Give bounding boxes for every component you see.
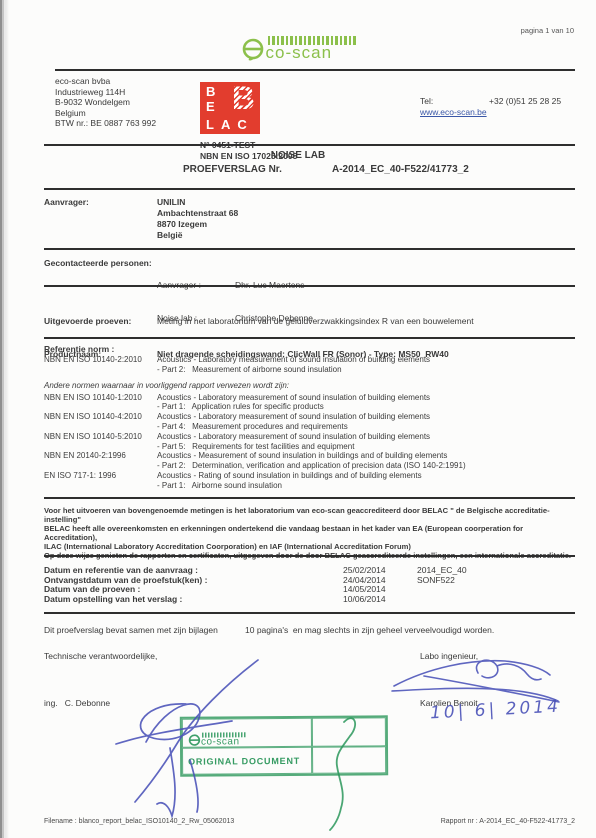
- stamp-logo-cell: co-scan: [182, 718, 312, 748]
- date-label: Datum opstelling van het verslag :: [44, 595, 343, 605]
- belac-big-b: B: [232, 80, 255, 117]
- norm-description: Acoustics - Measurement of sound insulat…: [157, 451, 575, 461]
- norms-section: Referentie norm : NBN EN ISO 10140-2:201…: [44, 344, 575, 491]
- tel-value: +32 (0)51 25 28 25: [489, 96, 561, 107]
- left-signer-role: Technische verantwoordelijke,: [44, 651, 157, 662]
- page-indicator: pagina 1 van 10: [521, 26, 574, 35]
- belac-letter-b: B: [206, 84, 215, 99]
- divider: [44, 612, 575, 614]
- belac-letters-lac: LAC: [206, 117, 254, 132]
- norm-part: - Part 2: Determination, verification an…: [157, 461, 575, 471]
- accreditation-line: BELAC heeft alle overeenkomsten en erken…: [44, 525, 575, 543]
- accreditation-statement: Voor het uitvoeren van bovengenoemde met…: [44, 507, 575, 560]
- divider: [44, 285, 575, 287]
- applicant-label: Aanvrager:: [44, 197, 157, 241]
- tests-value: Meting in het laboratorium van de geluid…: [157, 316, 575, 327]
- report-label: PROEFVERSLAG Nr.: [183, 164, 282, 175]
- footer-filename: Filename : blanco_report_belac_ISO10140_…: [44, 818, 234, 825]
- divider: [44, 188, 575, 190]
- scan-edge-artifact: [0, 0, 9, 838]
- right-signer-role: Labo ingenieur,: [420, 651, 478, 662]
- stamp-empty-cell: [312, 746, 386, 774]
- left-signer-name: ing. C. Debonne: [44, 698, 110, 709]
- date-ref: [417, 585, 575, 595]
- norm-row: NBN EN 20140-2:1996 Acoustics - Measurem…: [44, 451, 575, 471]
- norm-description: Acoustics - Laboratory measurement of so…: [157, 412, 575, 422]
- footer-report-number: Rapport nr : A-2014_EC_40-F522-41773_2: [441, 818, 575, 825]
- norm-description: Acoustics - Laboratory measurement of so…: [157, 432, 575, 442]
- divider: [44, 497, 575, 499]
- eco-scan-e-icon: [241, 37, 265, 61]
- norm-code: NBN EN ISO 10140-4:2010: [44, 412, 157, 432]
- other-norms-heading: Andere normen waarnaar in voorliggend ra…: [44, 381, 575, 391]
- lab-title: NOISE LAB: [0, 150, 596, 161]
- right-signature: [392, 660, 559, 702]
- stamp-empty-cell: [312, 717, 386, 747]
- tel-label: Tel:: [420, 96, 433, 107]
- norm-part: - Part 5: Requirements for test faciliti…: [157, 442, 575, 452]
- applicant-section: Aanvrager: UNILIN Ambachtenstraat 68 887…: [44, 197, 575, 241]
- norm-part: - Part 4: Measurement procedures and req…: [157, 422, 575, 432]
- copies-right: 10 pagina's en mag slechts in zijn gehee…: [245, 625, 575, 635]
- norm-code: EN ISO 717-1: 1996: [44, 471, 157, 491]
- norm-row: NBN EN ISO 10140-1:2010 Acoustics - Labo…: [44, 393, 575, 413]
- divider: [55, 69, 575, 71]
- dates-section: Datum en referentie van de aanvraag : 25…: [44, 566, 575, 604]
- belac-letter-e: E: [206, 99, 215, 114]
- norm-code: NBN EN ISO 10140-5:2010: [44, 432, 157, 452]
- date-value: 10/06/2014: [343, 595, 417, 605]
- eco-scan-logo: co-scan: [0, 36, 596, 61]
- norm-code: NBN EN 20140-2:1996: [44, 451, 157, 471]
- divider: [44, 337, 575, 339]
- norm-row: NBN EN ISO 10140-5:2010 Acoustics - Labo…: [44, 432, 575, 452]
- norm-row: NBN EN ISO 10140-2:2010 Acoustics - Labo…: [44, 355, 575, 375]
- divider: [44, 248, 575, 250]
- eco-scan-logo-text: co-scan: [266, 45, 356, 61]
- divider: [44, 144, 575, 146]
- copies-left: Dit proefverslag bevat samen met zijn bi…: [44, 625, 245, 635]
- norm-description: Acoustics - Laboratory measurement of so…: [157, 355, 575, 365]
- stamp-original-label: ORIGINAL DOCUMENT: [188, 755, 300, 766]
- norm-code: NBN EN ISO 10140-1:2010: [44, 393, 157, 413]
- applicant-address: UNILIN Ambachtenstraat 68 8870 Izegem Be…: [157, 197, 575, 241]
- date-ref: SONF522: [417, 576, 575, 586]
- date-row: Datum opstelling van het verslag : 10/06…: [44, 595, 575, 605]
- report-page: pagina 1 van 10 co-scan eco-scan bvba In…: [0, 0, 596, 838]
- norm-description: Acoustics - Rating of sound insulation i…: [157, 471, 575, 481]
- website-link[interactable]: www.eco-scan.be: [420, 107, 487, 117]
- original-document-stamp: co-scan ORIGINAL DOCUMENT: [180, 715, 388, 776]
- norm-description: Acoustics - Laboratory measurement of so…: [157, 393, 575, 403]
- accreditation-line: Voor het uitvoeren van bovengenoemde met…: [44, 507, 575, 525]
- norm-part: - Part 2: Measurement of airborne sound …: [157, 365, 575, 375]
- norm-code: NBN EN ISO 10140-2:2010: [44, 355, 157, 375]
- report-number: A-2014_EC_40-F522/41773_2: [332, 164, 469, 175]
- norms-heading: Referentie norm :: [44, 344, 575, 355]
- tests-label: Uitgevoerde proeven:: [44, 316, 157, 327]
- company-address: eco-scan bvba Industrieweg 114H B-9032 W…: [55, 76, 156, 129]
- norm-row: NBN EN ISO 10140-4:2010 Acoustics - Labo…: [44, 412, 575, 432]
- norm-part: - Part 1: Airborne sound insulation: [157, 481, 575, 491]
- norm-row: EN ISO 717-1: 1996 Acoustics - Rating of…: [44, 471, 575, 491]
- belac-logo: B E LAC B: [200, 82, 260, 134]
- norm-part: - Part 1: Application rules for specific…: [157, 402, 575, 412]
- copies-statement: Dit proefverslag bevat samen met zijn bi…: [44, 625, 575, 635]
- stamp-e-icon: [188, 734, 201, 747]
- stamp-logo-text: co-scan: [201, 737, 246, 746]
- stamp-original-cell: ORIGINAL DOCUMENT: [182, 747, 312, 775]
- date-ref: [417, 595, 575, 605]
- divider: [44, 555, 575, 557]
